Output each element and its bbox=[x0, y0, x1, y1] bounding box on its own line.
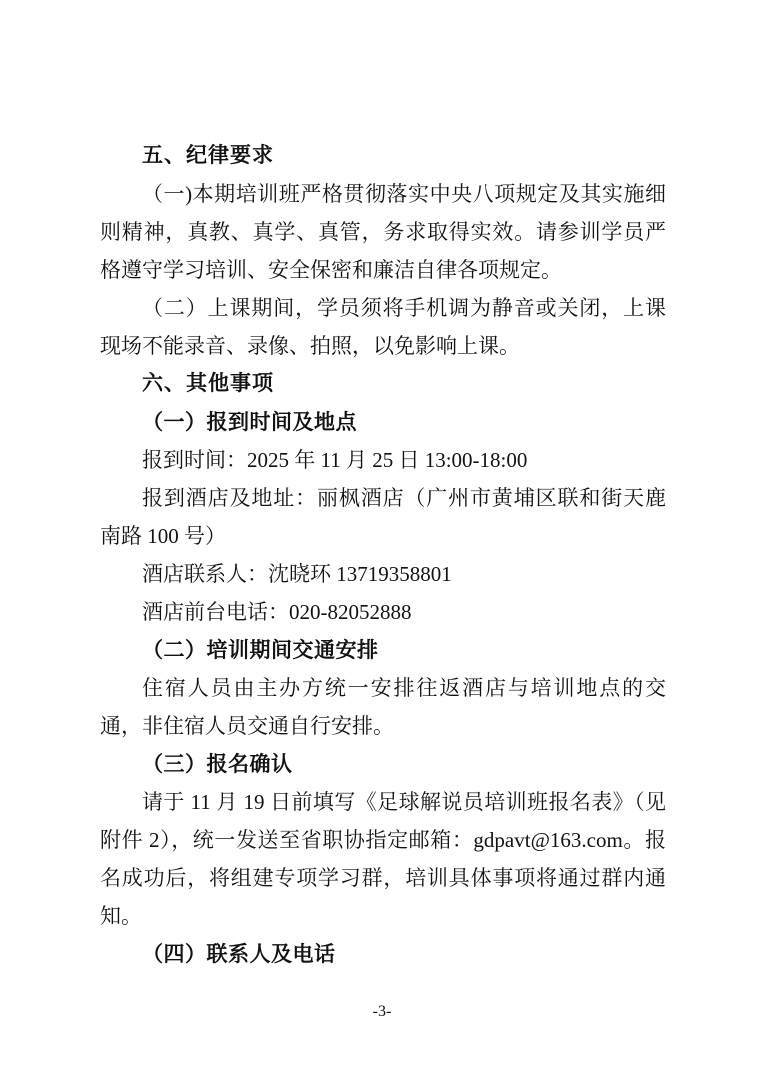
subsection-registration-heading: （三）报名确认 bbox=[100, 745, 666, 783]
para-hotel-phone: 酒店前台电话：020-82052888 bbox=[100, 593, 666, 631]
section-6-heading: 六、其他事项 bbox=[100, 365, 666, 403]
para-registration: 请于 11 月 19 日前填写《足球解说员培训班报名表》（见附件 2），统一发送… bbox=[100, 783, 666, 935]
document-page: 五、纪律要求 （一)本期培训班严格贯彻落实中央八项规定及其实施细则精神，真教、真… bbox=[0, 0, 764, 1080]
section-5-heading: 五、纪律要求 bbox=[100, 137, 666, 175]
page-number: -3- bbox=[0, 1001, 764, 1023]
subsection-transport-heading: （二）培训期间交通安排 bbox=[100, 631, 666, 669]
para-hotel-contact: 酒店联系人：沈晓环 13719358801 bbox=[100, 555, 666, 593]
para-discipline-2: （二）上课期间，学员须将手机调为静音或关闭，上课现场不能录音、录像、拍照，以免影… bbox=[100, 289, 666, 365]
subsection-checkin-heading: （一）报到时间及地点 bbox=[100, 403, 666, 441]
para-hotel-address: 报到酒店及地址：丽枫酒店（广州市黄埔区联和街天鹿南路 100 号） bbox=[100, 479, 666, 555]
subsection-contacts-heading: （四）联系人及电话 bbox=[100, 935, 666, 973]
document-body: 五、纪律要求 （一)本期培训班严格贯彻落实中央八项规定及其实施细则精神，真教、真… bbox=[100, 137, 666, 973]
para-discipline-1: （一)本期培训班严格贯彻落实中央八项规定及其实施细则精神，真教、真学、真管，务求… bbox=[100, 175, 666, 289]
para-checkin-time: 报到时间：2025 年 11 月 25 日 13:00-18:00 bbox=[100, 441, 666, 479]
para-transport: 住宿人员由主办方统一安排往返酒店与培训地点的交通，非住宿人员交通自行安排。 bbox=[100, 669, 666, 745]
